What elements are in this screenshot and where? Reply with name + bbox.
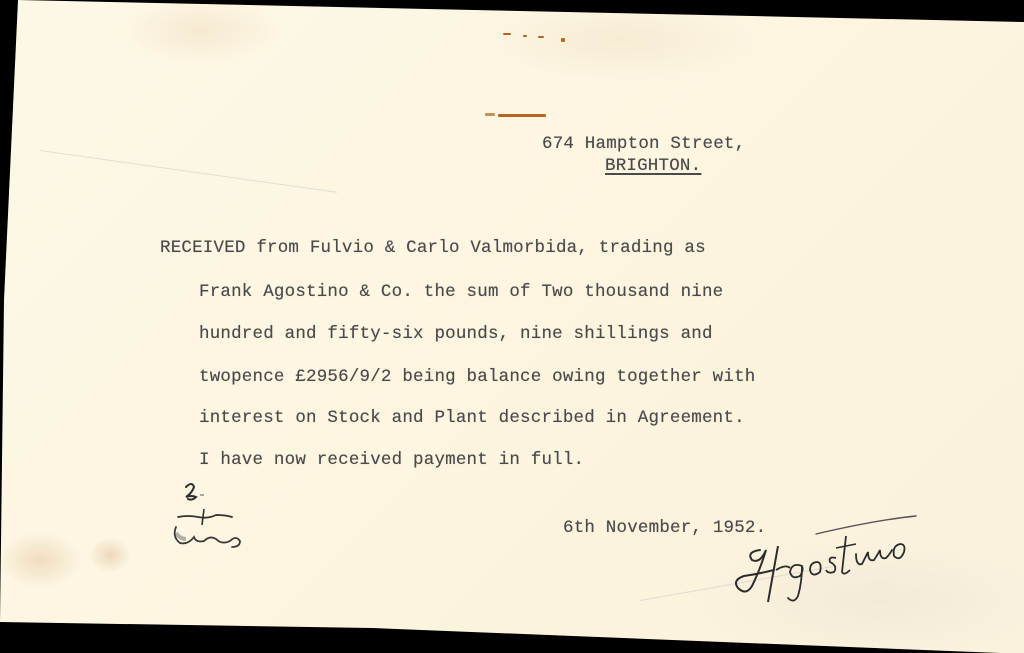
body-line-1: RECEIVED from Fulvio & Carlo Valmorbida,… (160, 238, 706, 258)
body-line-5: interest on Stock and Plant described in… (199, 408, 745, 428)
address-street: 674 Hampton Street, (542, 134, 745, 154)
body-line-3: hundred and fifty-six pounds, nine shill… (199, 324, 713, 344)
staple-mark-top (523, 35, 527, 37)
staple-mark-top (503, 33, 511, 35)
signature (720, 510, 930, 620)
body-line-6: I have now received payment in full. (199, 450, 584, 470)
scanned-document: 674 Hampton Street, BRIGHTON. RECEIVED f… (0, 0, 1024, 653)
staple-mark-lower (485, 113, 495, 116)
staple-mark-top (561, 38, 565, 42)
staple-mark-top (538, 36, 544, 38)
address-city: BRIGHTON. (605, 156, 701, 176)
body-line-2: Frank Agostino & Co. the sum of Two thou… (199, 282, 723, 302)
staple-mark-lower (498, 114, 546, 117)
body-line-4: twopence £2956/9/2 being balance owing t… (199, 367, 756, 387)
margin-note-handwriting (160, 475, 270, 555)
